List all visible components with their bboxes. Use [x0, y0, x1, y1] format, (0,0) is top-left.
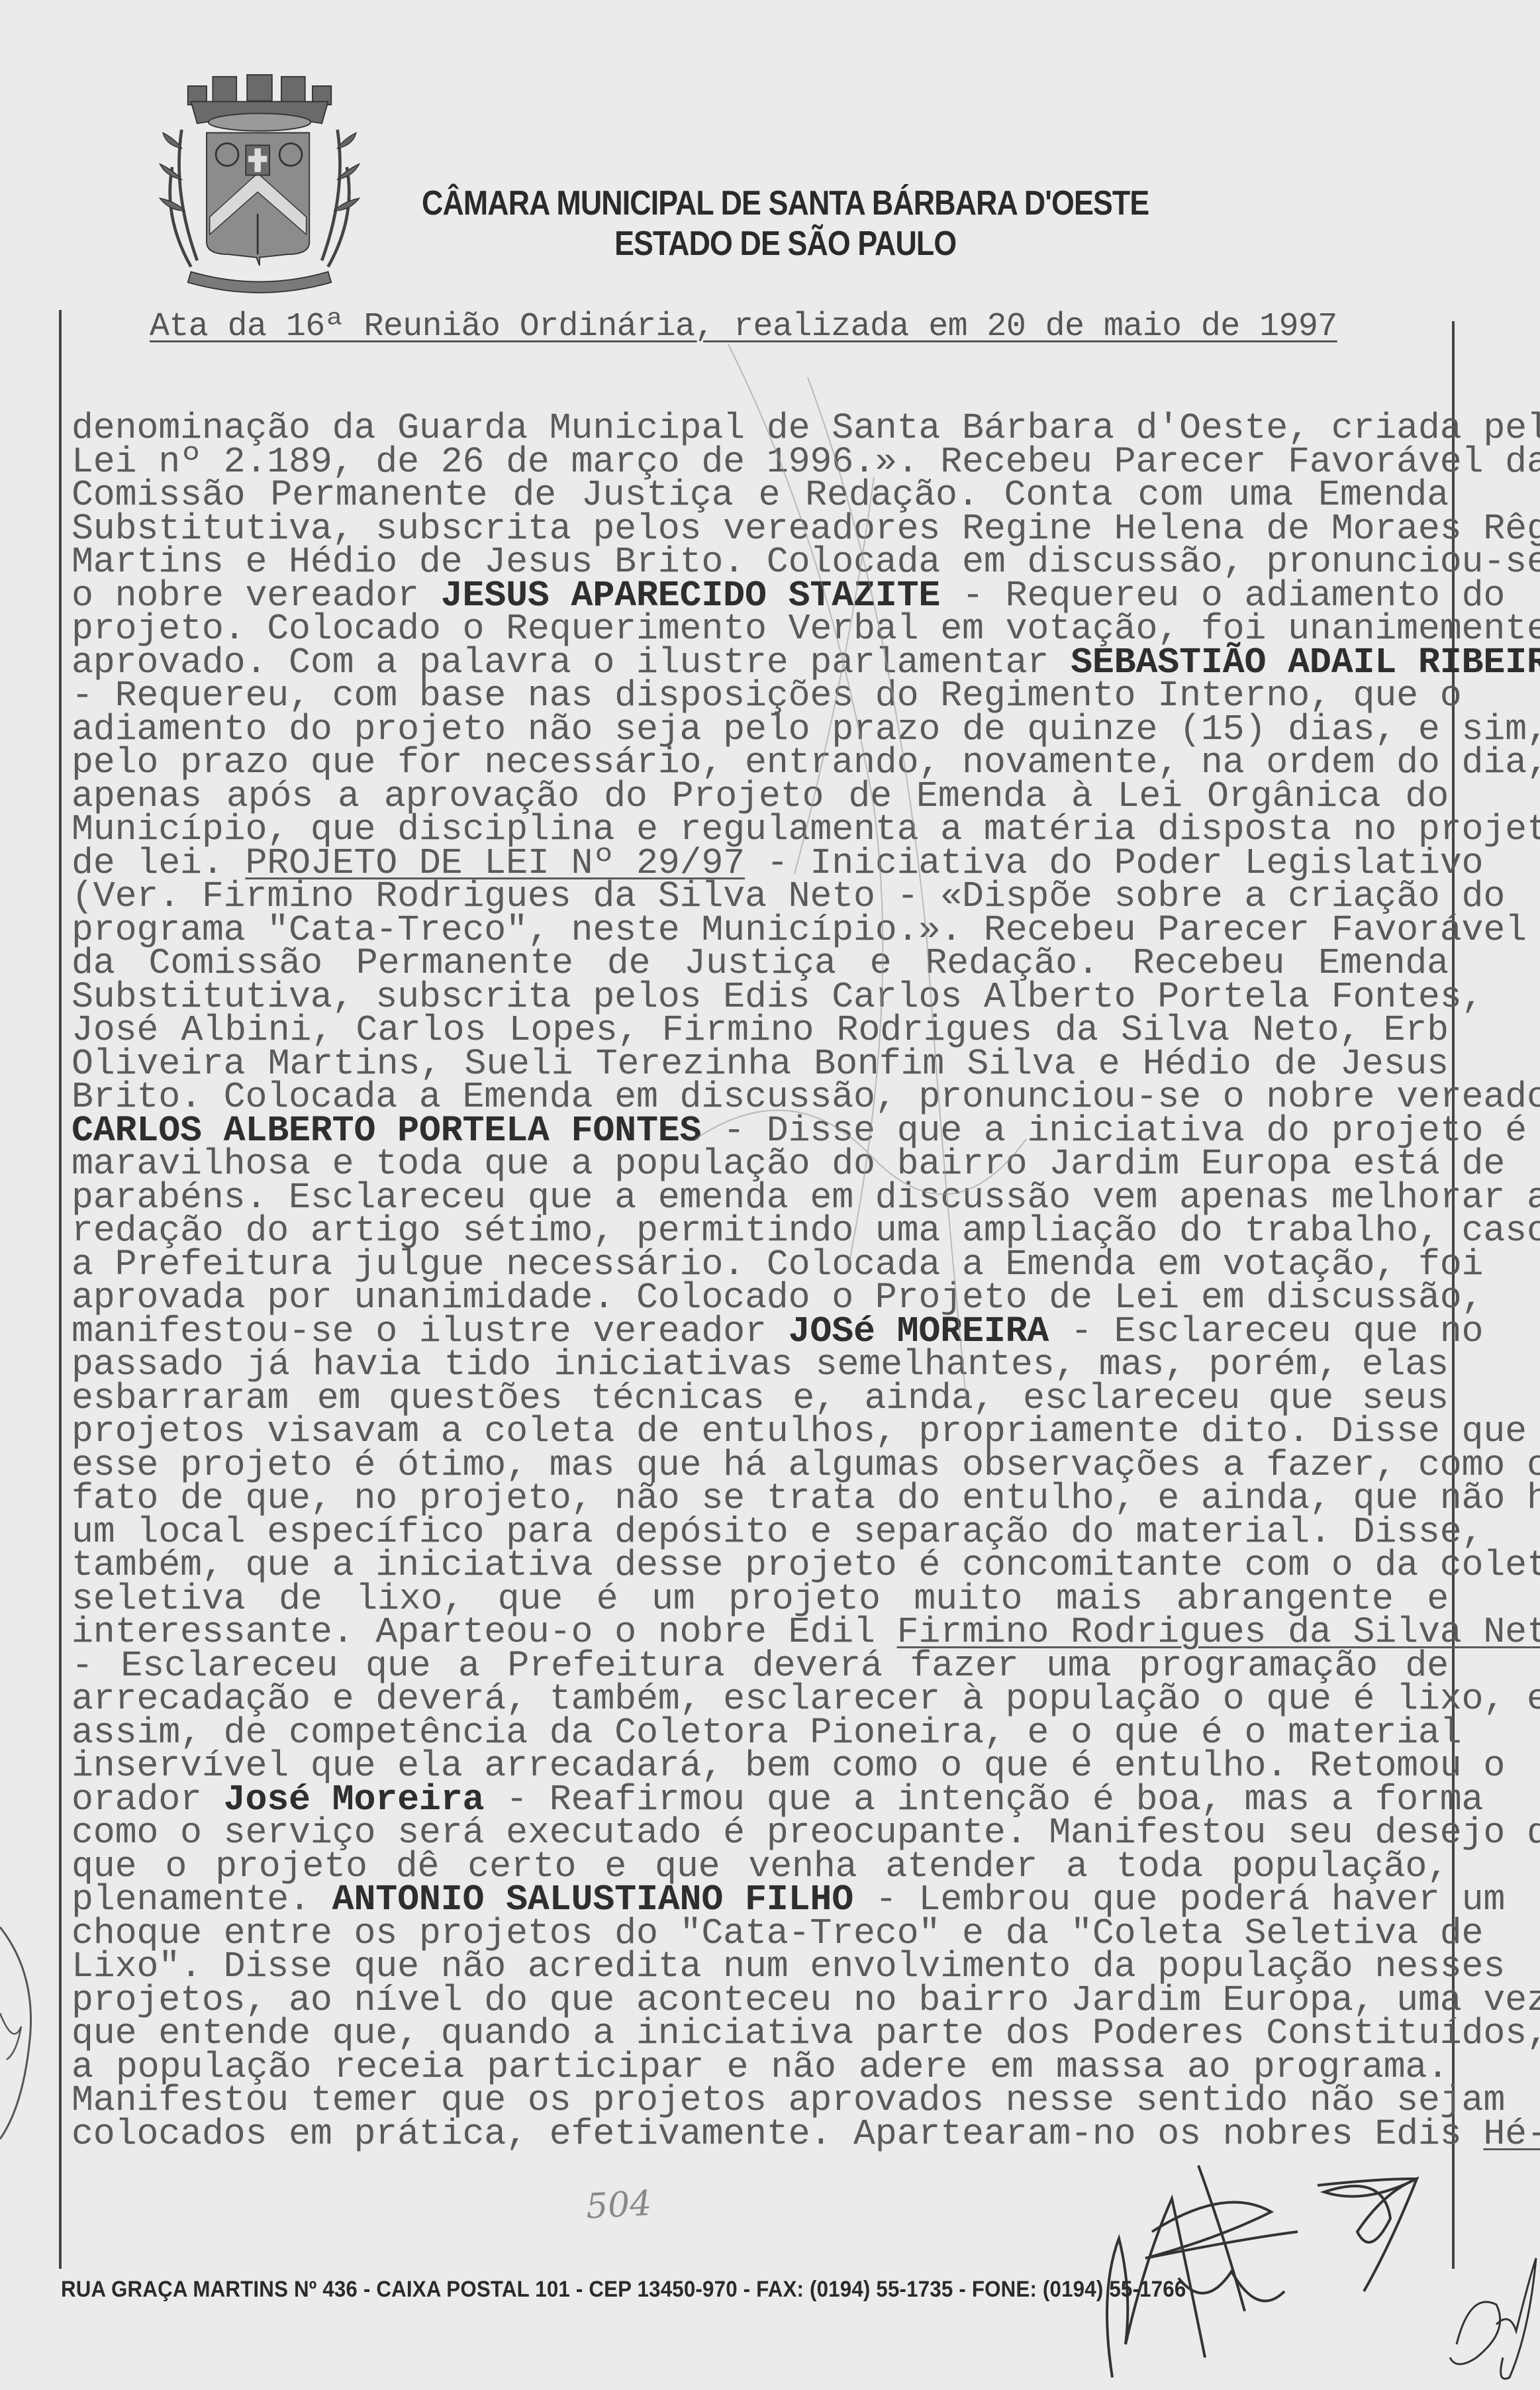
- official-signatures-icon: [1073, 2159, 1540, 2390]
- institution-name: CÂMARA MUNICIPAL DE SANTA BÁRBARA D'OEST…: [123, 183, 1447, 223]
- text-line: arrecadação e deverá, também, esclarecer…: [72, 1683, 1449, 1717]
- text-line: denominação da Guarda Municipal de Santa…: [72, 412, 1449, 446]
- document-title: Ata da 16ª Reunião Ordinária, realizada …: [150, 308, 1337, 346]
- minutes-body: denominação da Guarda Municipal de Santa…: [72, 412, 1449, 2151]
- text-line: projetos visavam a coleta de entulhos, p…: [72, 1415, 1449, 1449]
- text-line: redação do artigo sétimo, permitindo uma…: [72, 1215, 1449, 1248]
- text-line: Lixo". Disse que não acredita num envolv…: [72, 1950, 1449, 1984]
- text-line: (Ver. Firmino Rodrigues da Silva Neto - …: [72, 880, 1449, 914]
- state-name: ESTADO DE SÃO PAULO: [123, 224, 1447, 264]
- text-line: maravilhosa e toda que a população do ba…: [72, 1148, 1449, 1181]
- text-line: passado já havia tido iniciativas semelh…: [72, 1348, 1449, 1382]
- text-line: Comissão Permanente de Justiça e Redação…: [72, 479, 1449, 513]
- text-line: pelo prazo que for necessário, entrando,…: [72, 746, 1449, 780]
- left-margin-rule: [59, 310, 62, 2269]
- margin-signature-icon: [0, 1920, 40, 2146]
- text-line: que entende que, quando a iniciativa par…: [72, 2017, 1449, 2051]
- continued-name: Hé-: [1483, 2113, 1540, 2155]
- handwritten-page-number: 504: [585, 2183, 652, 2226]
- text-line: José Albini, Carlos Lopes, Firmino Rodri…: [72, 1014, 1449, 1048]
- text-line: - Requereu, com base nas disposições do …: [72, 679, 1449, 713]
- text-line: também, que a iniciativa desse projeto é…: [72, 1549, 1449, 1583]
- text-line: fato de que, no projeto, não se trata do…: [72, 1482, 1449, 1516]
- text-line: como o serviço será executado é preocupa…: [72, 1817, 1449, 1850]
- text-line: colocados em prática, efetivamente. Apar…: [72, 2118, 1449, 2152]
- text-line: plenamente. ANTONIO SALUSTIANO FILHO - L…: [72, 1883, 1449, 1917]
- text-line: da Comissão Permanente de Justiça e Reda…: [72, 947, 1449, 981]
- text-line: interessante. Aparteou-o o nobre Edil Fi…: [72, 1616, 1449, 1650]
- footer-address: RUA GRAÇA MARTINS Nº 436 - CAIXA POSTAL …: [61, 2277, 1186, 2303]
